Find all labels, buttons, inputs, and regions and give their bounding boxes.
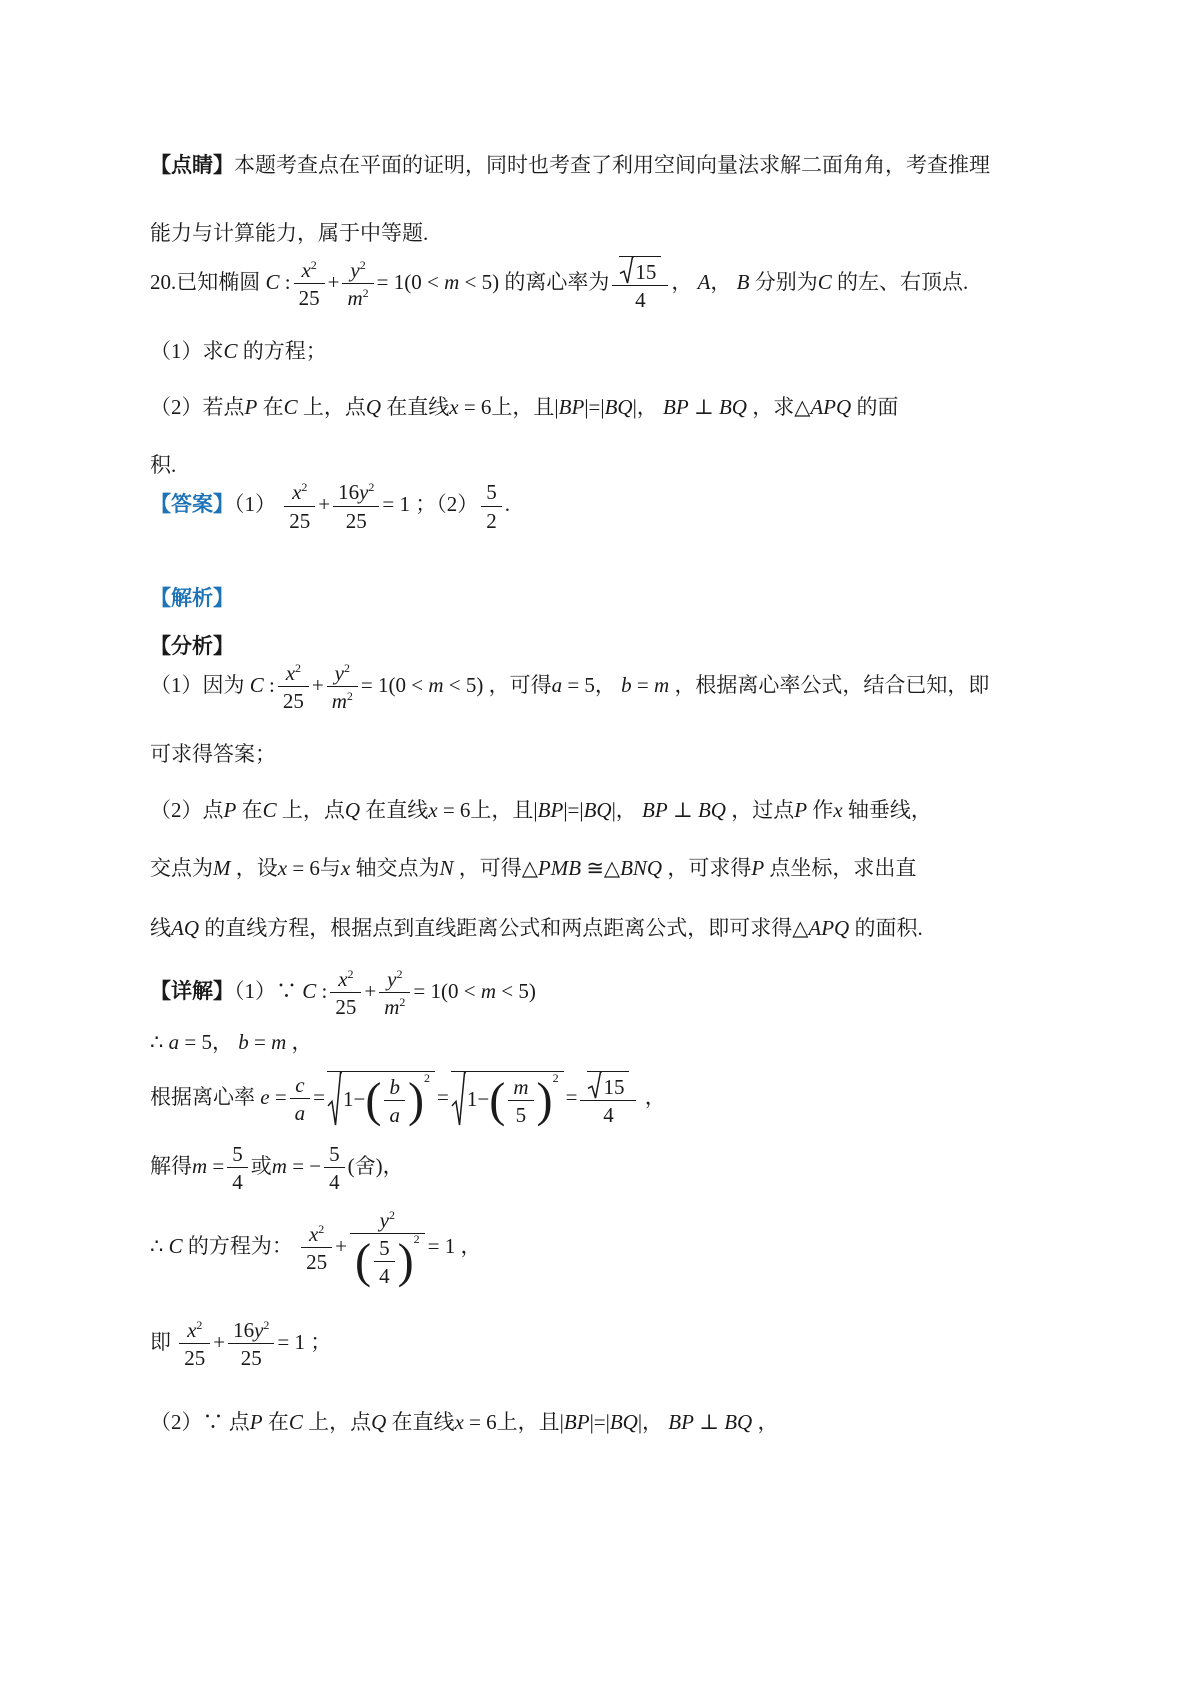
var-x: x <box>286 661 295 685</box>
frac-numerator: b <box>384 1075 405 1101</box>
problem-20-tail: ， A， B 分别为C 的左、右顶点. <box>671 270 968 294</box>
equals-operator: = <box>437 1085 449 1109</box>
frac-denominator: m2 <box>379 993 410 1019</box>
ellipse-label: C : <box>250 673 275 697</box>
frac-denominator: 4 <box>324 1168 345 1194</box>
formula-answer-equation: x225+16y225= 1 <box>276 492 415 516</box>
left-paren: ( <box>365 1082 381 1121</box>
fraction-x2-over-25: x225 <box>284 480 315 532</box>
sqrt-radical: 15 <box>587 1071 629 1099</box>
sqrt-radical: 15 <box>619 256 661 284</box>
sqrt-radical: 1−(m5)2 <box>451 1071 564 1127</box>
var-x: x <box>301 258 310 282</box>
problem-20-mid: 的离心率为 <box>504 270 609 294</box>
equals-one: = 1 <box>277 1330 305 1354</box>
ellipse-rhs: = 1(0 < m < 5) <box>377 270 499 294</box>
dianjing-line-1: 【点睛】本题考查点在平面的证明，同时也考查了利用空间向量法求解二面角角，考查推理 <box>150 150 1062 180</box>
fraction-x2-over-25: x225 <box>278 661 309 713</box>
detail-2-text: （2）∵ 点P 在C 上，点Q 在直线x = 6上，且|BP|=|BQ|， BP… <box>150 1410 778 1434</box>
frac-numerator: 16y2 <box>228 1318 274 1344</box>
problem-20-lead: 20.已知椭圆 <box>150 270 260 294</box>
var-e-equals: e = <box>260 1085 286 1109</box>
frac-denominator: 4 <box>227 1168 248 1194</box>
analysis-1-line-2: 可求得答案； <box>150 739 1062 769</box>
exponent: 2 <box>311 258 317 272</box>
fraction-x2-over-25: x225 <box>294 258 325 310</box>
trailing-semicolon: ； <box>310 1330 331 1354</box>
frac-numerator: y2 <box>379 967 410 993</box>
frac-numerator: m <box>508 1075 533 1101</box>
formula-eccentricity: e =ca=1−(ba)2=1−(m5)2=154 <box>255 1085 645 1109</box>
analysis-1-lead: （1）因为 <box>150 673 245 697</box>
frac-numerator: 16y2 <box>333 480 379 506</box>
frac-denominator: 25 <box>333 507 379 533</box>
fraction-c-over-a: ca <box>290 1073 311 1125</box>
exponent: 2 <box>363 286 369 300</box>
exponent: 2 <box>263 1318 269 1332</box>
frac-numerator: x2 <box>301 1222 332 1248</box>
frac-numerator: 15 <box>580 1071 636 1101</box>
jiexi-line: 【解析】 <box>150 583 1062 613</box>
frac-numerator: x2 <box>284 480 315 506</box>
var-x: x <box>292 480 301 504</box>
problem-20-line: 20.已知椭圆 C :x225+y2m2= 1(0 < m < 5) 的离心率为… <box>150 256 1062 312</box>
analysis-2-text-3: 线AQ 的直线方程，根据点到直线距离公式和两点距离公式，即可求得△APQ 的面积… <box>150 916 923 940</box>
simplified-equation-line: 即 x225+16y225= 1 ； <box>150 1318 1062 1370</box>
analysis-1-text-2: 可求得答案； <box>150 742 276 766</box>
fraction-16y2-over-25: 16y225 <box>228 1318 274 1370</box>
exponent: 2 <box>318 1222 324 1236</box>
exponent: 2 <box>389 1208 395 1222</box>
var-16y: 16y <box>233 1318 263 1342</box>
fraction-5-over-4: 54 <box>324 1142 345 1194</box>
plus-operator: + <box>318 492 330 516</box>
fraction-x2-over-25: x225 <box>179 1318 210 1370</box>
formula-ellipse-equation: C :x225+y2m2= 1(0 < m < 5) <box>297 979 536 1003</box>
document-page: 【点睛】本题考查点在平面的证明，同时也考查了利用空间向量法求解二面角角，考查推理… <box>0 0 1200 1698</box>
frac-denominator: m2 <box>342 284 373 310</box>
radical-icon <box>451 1071 466 1127</box>
fraction-y2-over-paren: y2(54)2 <box>350 1208 425 1288</box>
exponent: 2 <box>301 480 307 494</box>
fenxi-label: 【分析】 <box>150 634 234 658</box>
frac-numerator: x2 <box>294 258 325 284</box>
frac-denominator: 4 <box>612 286 668 312</box>
detail-label: 【详解】 <box>150 979 234 1003</box>
answer-semicolon: ； <box>415 492 436 516</box>
equals-operator: = <box>313 1085 325 1109</box>
eccentricity-line: 根据离心率 e =ca=1−(ba)2=1−(m5)2=154 ， <box>150 1071 1062 1127</box>
exponent: 2 <box>348 967 354 981</box>
frac-numerator: 5 <box>324 1142 345 1168</box>
solve-lead: 解得m = <box>150 1154 224 1178</box>
jiexi-label: 【解析】 <box>150 586 234 610</box>
dianjing-text-1: 本题考查点在平面的证明，同时也考查了利用空间向量法求解二面角角，考查推理 <box>234 153 990 177</box>
frac-denominator: 25 <box>284 507 315 533</box>
right-paren: ) <box>537 1082 553 1121</box>
question-2-line-2: 积. <box>150 450 1062 480</box>
frac-numerator: x2 <box>179 1318 210 1344</box>
fraction-y2-over-m2: y2m2 <box>327 661 358 713</box>
ellipse-rhs: = 1(0 < m < 5) <box>413 979 535 1003</box>
analysis-1-line-1: （1）因为 C :x225+y2m2= 1(0 < m < 5) ，可得a = … <box>150 661 1062 713</box>
frac-numerator: 5 <box>481 480 502 506</box>
var-y: y <box>350 258 359 282</box>
detail-ab-line: ∴ a = 5， b = m ， <box>150 1027 1062 1057</box>
detail-1-line: 【详解】（1）∵ C :x225+y2m2= 1(0 < m < 5) <box>150 967 1062 1019</box>
frac-denominator: 25 <box>330 993 361 1019</box>
frac-denominator: 25 <box>278 687 309 713</box>
right-paren: ) <box>408 1082 424 1121</box>
fraction-16y2-over-25: 16y225 <box>333 480 379 532</box>
question-1-line: （1）求C 的方程； <box>150 336 1062 366</box>
var-x: x <box>338 967 347 991</box>
eccentricity-lead: 根据离心率 <box>150 1085 255 1109</box>
fraction-b-over-a: ba <box>384 1075 405 1127</box>
frac-denominator: 25 <box>294 284 325 310</box>
exponent: 2 <box>196 1318 202 1332</box>
exponent: 2 <box>347 689 353 703</box>
ellipse-label: C : <box>302 979 327 1003</box>
question-2-line-1: （2）若点P 在C 上，点Q 在直线x = 6上，且|BP|=|BQ|， BP … <box>150 392 1062 422</box>
radical-icon <box>587 1071 602 1099</box>
dianjing-text-2: 能力与计算能力，属于中等题. <box>150 221 428 245</box>
frac-denominator: 5 <box>508 1101 533 1127</box>
exponent: 2 <box>396 967 402 981</box>
one-minus: 1− <box>343 1087 365 1111</box>
analysis-2-line-2: 交点为M ，设x = 6与x 轴交点为N ，可得△PMB ≅△BNQ ，可求得P… <box>150 853 1062 883</box>
frac-numerator: x2 <box>330 967 361 993</box>
fraction-5-over-4: 54 <box>374 1236 395 1288</box>
frac-denominator: a <box>384 1101 405 1127</box>
ellipse-rhs: = 1(0 < m < 5) <box>361 673 483 697</box>
frac-numerator: x2 <box>278 661 309 687</box>
left-paren: ( <box>489 1082 505 1121</box>
analysis-2-text-2: 交点为M ，设x = 6与x 轴交点为N ，可得△PMB ≅△BNQ ，可求得P… <box>150 856 916 880</box>
analysis-2-line-1: （2）点P 在C 上，点Q 在直线x = 6上，且|BP|=|BQ|， BP ⊥… <box>150 795 1062 825</box>
ellipse-label: C : <box>266 270 291 294</box>
radicand-15: 15 <box>635 260 656 284</box>
formula-answer-equation: x225+16y225= 1 <box>171 1330 310 1354</box>
question-1-text: （1）求C 的方程； <box>150 339 327 363</box>
fraction-m-over-5: m5 <box>508 1075 533 1127</box>
fraction-x2-over-25: x225 <box>301 1222 332 1274</box>
formula-ellipse-equation: C :x225+y2m2= 1(0 < m < 5) <box>245 673 489 697</box>
frac-denominator: 25 <box>228 1344 274 1370</box>
frac-denominator: 25 <box>179 1344 210 1370</box>
var-x: x <box>309 1222 318 1246</box>
fraction-x2-over-25: x225 <box>330 967 361 1019</box>
c-equation-lead: ∴ C 的方程为： <box>150 1234 293 1258</box>
frac-denominator: (54)2 <box>350 1234 425 1288</box>
fraction-y2-over-m2: y2m2 <box>342 258 373 310</box>
equals-one: = 1 <box>428 1234 456 1258</box>
answer-part2-marker: （2） <box>436 492 478 516</box>
solve-or: 或m = − <box>251 1154 321 1178</box>
solve-discard: (舍)， <box>348 1154 404 1178</box>
frac-numerator: y2 <box>327 661 358 687</box>
right-paren: ) <box>398 1243 414 1282</box>
one-minus: 1− <box>467 1087 489 1111</box>
exponent: 2 <box>360 258 366 272</box>
analysis-2-text-1: （2）点P 在C 上，点Q 在直线x = 6上，且|BP|=|BQ|， BP ⊥… <box>150 798 932 822</box>
var-y: y <box>380 1208 389 1232</box>
var-y: y <box>335 661 344 685</box>
dianjing-line-2: 能力与计算能力，属于中等题. <box>150 218 1062 248</box>
trailing-comma: ， <box>461 1234 482 1258</box>
exponent: 2 <box>368 480 374 494</box>
plus-operator: + <box>328 270 340 294</box>
detail-2-line: （2）∵ 点P 在C 上，点Q 在直线x = 6上，且|BP|=|BQ|， BP… <box>150 1407 1062 1437</box>
fraction-y2-over-m2: y2m2 <box>379 967 410 1019</box>
frac-numerator: 5 <box>227 1142 248 1168</box>
radicand-15: 15 <box>603 1075 624 1099</box>
analysis-2-line-3: 线AQ 的直线方程，根据点到直线距离公式和两点距离公式，即可求得△APQ 的面积… <box>150 913 1062 943</box>
plus-operator: + <box>213 1330 225 1354</box>
frac-numerator: y2 <box>342 258 373 284</box>
fraction-sqrt15-over-4: 154 <box>612 256 668 312</box>
frac-denominator: 4 <box>580 1101 636 1127</box>
answer-period: . <box>505 492 510 516</box>
left-paren: ( <box>355 1243 371 1282</box>
formula-c-equation: x225+y2(54)2= 1 <box>293 1234 461 1258</box>
question-2-text-1: （2）若点P 在C 上，点Q 在直线x = 6上，且|BP|=|BQ|， BP … <box>150 395 898 419</box>
frac-denominator: m2 <box>327 687 358 713</box>
ji-lead: 即 <box>150 1330 171 1354</box>
answer-line: 【答案】（1） x225+16y225= 1 ；（2）52. <box>150 480 1062 532</box>
answer-label: 【答案】 <box>150 492 234 516</box>
exponent: 2 <box>424 1071 430 1085</box>
frac-denominator: a <box>290 1099 311 1125</box>
frac-numerator: c <box>290 1073 311 1099</box>
plus-operator: + <box>364 979 376 1003</box>
frac-denominator: 2 <box>481 507 502 533</box>
frac-numerator: 15 <box>612 256 668 286</box>
analysis-1-tail: ，可得a = 5， b = m ，根据离心率公式，结合已知，即 <box>489 673 990 697</box>
exponent: 2 <box>399 995 405 1009</box>
question-2-text-2: 积. <box>150 453 176 477</box>
c-equation-line: ∴ C 的方程为： x225+y2(54)2= 1 ， <box>150 1208 1062 1288</box>
frac-numerator: y2 <box>350 1208 425 1234</box>
fraction-5-over-4: 54 <box>227 1142 248 1194</box>
answer-part1-marker: （1） <box>234 492 276 516</box>
dianjing-label: 【点睛】 <box>150 153 234 177</box>
radical-icon <box>619 256 634 284</box>
exponent: 2 <box>414 1232 420 1246</box>
frac-denominator: 4 <box>374 1262 395 1288</box>
frac-numerator: 5 <box>374 1236 395 1262</box>
detail-1-lead: （1）∵ <box>234 979 297 1003</box>
var-m: m <box>347 286 362 310</box>
exponent: 2 <box>553 1071 559 1085</box>
detail-ab-text: ∴ a = 5， b = m ， <box>150 1030 312 1054</box>
exponent: 2 <box>344 661 350 675</box>
var-m: m <box>332 689 347 713</box>
equals-operator: = <box>566 1085 578 1109</box>
solve-m-line: 解得m =54或m = −54(舍)， <box>150 1142 1062 1194</box>
formula-ellipse-equation: C :x225+y2m2= 1(0 < m < 5) <box>260 270 504 294</box>
trailing-comma: ， <box>645 1085 666 1109</box>
var-16y: 16y <box>338 480 368 504</box>
sqrt-radical: 1−(ba)2 <box>327 1071 435 1127</box>
fraction-5-over-2: 52 <box>481 480 502 532</box>
radical-icon <box>327 1071 342 1127</box>
frac-denominator: 25 <box>301 1248 332 1274</box>
var-x: x <box>187 1318 196 1342</box>
plus-operator: + <box>335 1234 347 1258</box>
fraction-sqrt15-over-4: 154 <box>580 1071 636 1127</box>
equals-one: = 1 <box>382 492 410 516</box>
plus-operator: + <box>312 673 324 697</box>
fenxi-line: 【分析】 <box>150 631 1062 661</box>
exponent: 2 <box>295 661 301 675</box>
var-m: m <box>384 995 399 1019</box>
